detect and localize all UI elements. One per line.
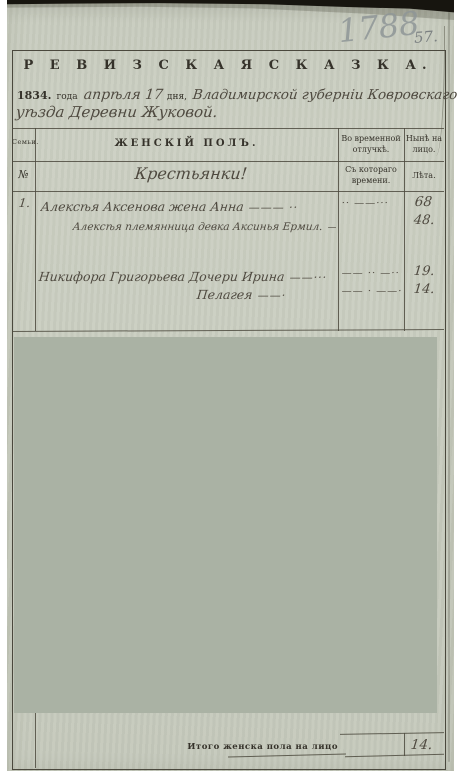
entry-dash-trail: ——··· [289, 271, 328, 284]
subheader-group-handwritten: Крестьянки! [110, 164, 272, 183]
date-line: 1834. года апрѣля 17 дня, Владимирской г… [17, 84, 443, 103]
entry-absent-marks: ·· ——··· [341, 198, 402, 209]
entry-name: Никифора Григорьева Дочери Ирина [38, 269, 285, 284]
subheader-age: Лѣта. [405, 171, 443, 182]
entry-row: Никифора Григорьева Дочери Ирина ——··· [38, 266, 336, 285]
date-year-word: года [57, 92, 78, 102]
date-day-word: дня, [167, 92, 187, 102]
entry-dash-trail: ——· [257, 289, 287, 302]
entry-dash-trail: ——— ·· [248, 201, 299, 214]
column-header-absent: Во временной отлучкѣ. [340, 134, 402, 156]
entry-name: Алексѣя племянница девка Аксинья Ермил. [72, 221, 323, 233]
rule-header-top [12, 128, 444, 129]
date-year: 1834. [17, 89, 51, 102]
column-header-present: Нынѣ на лицо. [405, 134, 443, 156]
rule-col-family [35, 128, 36, 331]
subheader-number-sign: № [12, 168, 35, 181]
column-header-female-sex: ЖЕНСКІЙ ПОЛЪ. [35, 138, 338, 149]
column-header-family: Семьи. [12, 138, 35, 146]
place-handwritten: уѣзда Деревни Жуковой. [15, 103, 219, 121]
entry-age: 68 [414, 194, 433, 210]
entry-row: Пелагея ——· [196, 284, 336, 303]
subheader-since: Съ котораго времени. [340, 165, 402, 187]
entry-dash-trail: —·· [327, 222, 336, 233]
entry-age: 19. [413, 264, 435, 279]
rule-col-present [404, 128, 405, 331]
entry-row: Алексѣя Аксенова жена Анна ——— ·· [40, 196, 336, 215]
entry-name: Алексѣя Аксенова жена Анна [40, 199, 245, 214]
province-handwritten: Владимирской губерніи Ковровскаго [192, 87, 458, 103]
summary-label: Итого женска пола на лицо [180, 742, 338, 752]
page-fold-line [448, 12, 450, 762]
rule-header-mid [12, 161, 444, 162]
rule-col-absent [338, 128, 339, 331]
row-family-number: 1. [18, 196, 31, 210]
entry-age: 48. [413, 213, 435, 228]
entry-name: Пелагея [196, 287, 253, 302]
rule-summary-divider [404, 733, 405, 756]
rule-col-family-bottom [35, 713, 36, 768]
rule-header-bottom [12, 191, 444, 192]
entry-absent-marks: —— · ——·· [341, 286, 402, 297]
entry-age: 14. [413, 282, 435, 297]
date-month-handwritten: апрѣля 17 [83, 87, 164, 103]
doc-title: Р Е В И З С К А Я С К А З К А. [12, 58, 444, 73]
redaction-block [14, 337, 437, 713]
page-number: 57. [413, 27, 438, 47]
summary-value: 14. [410, 737, 433, 753]
entry-row: Алексѣя племянница девка Аксинья Ермил. … [72, 215, 336, 234]
entry-absent-marks: —— ·· —·· [341, 268, 402, 279]
scanned-document: 1788 57. Р Е В И З С К А Я С К А З К А. … [0, 0, 460, 780]
